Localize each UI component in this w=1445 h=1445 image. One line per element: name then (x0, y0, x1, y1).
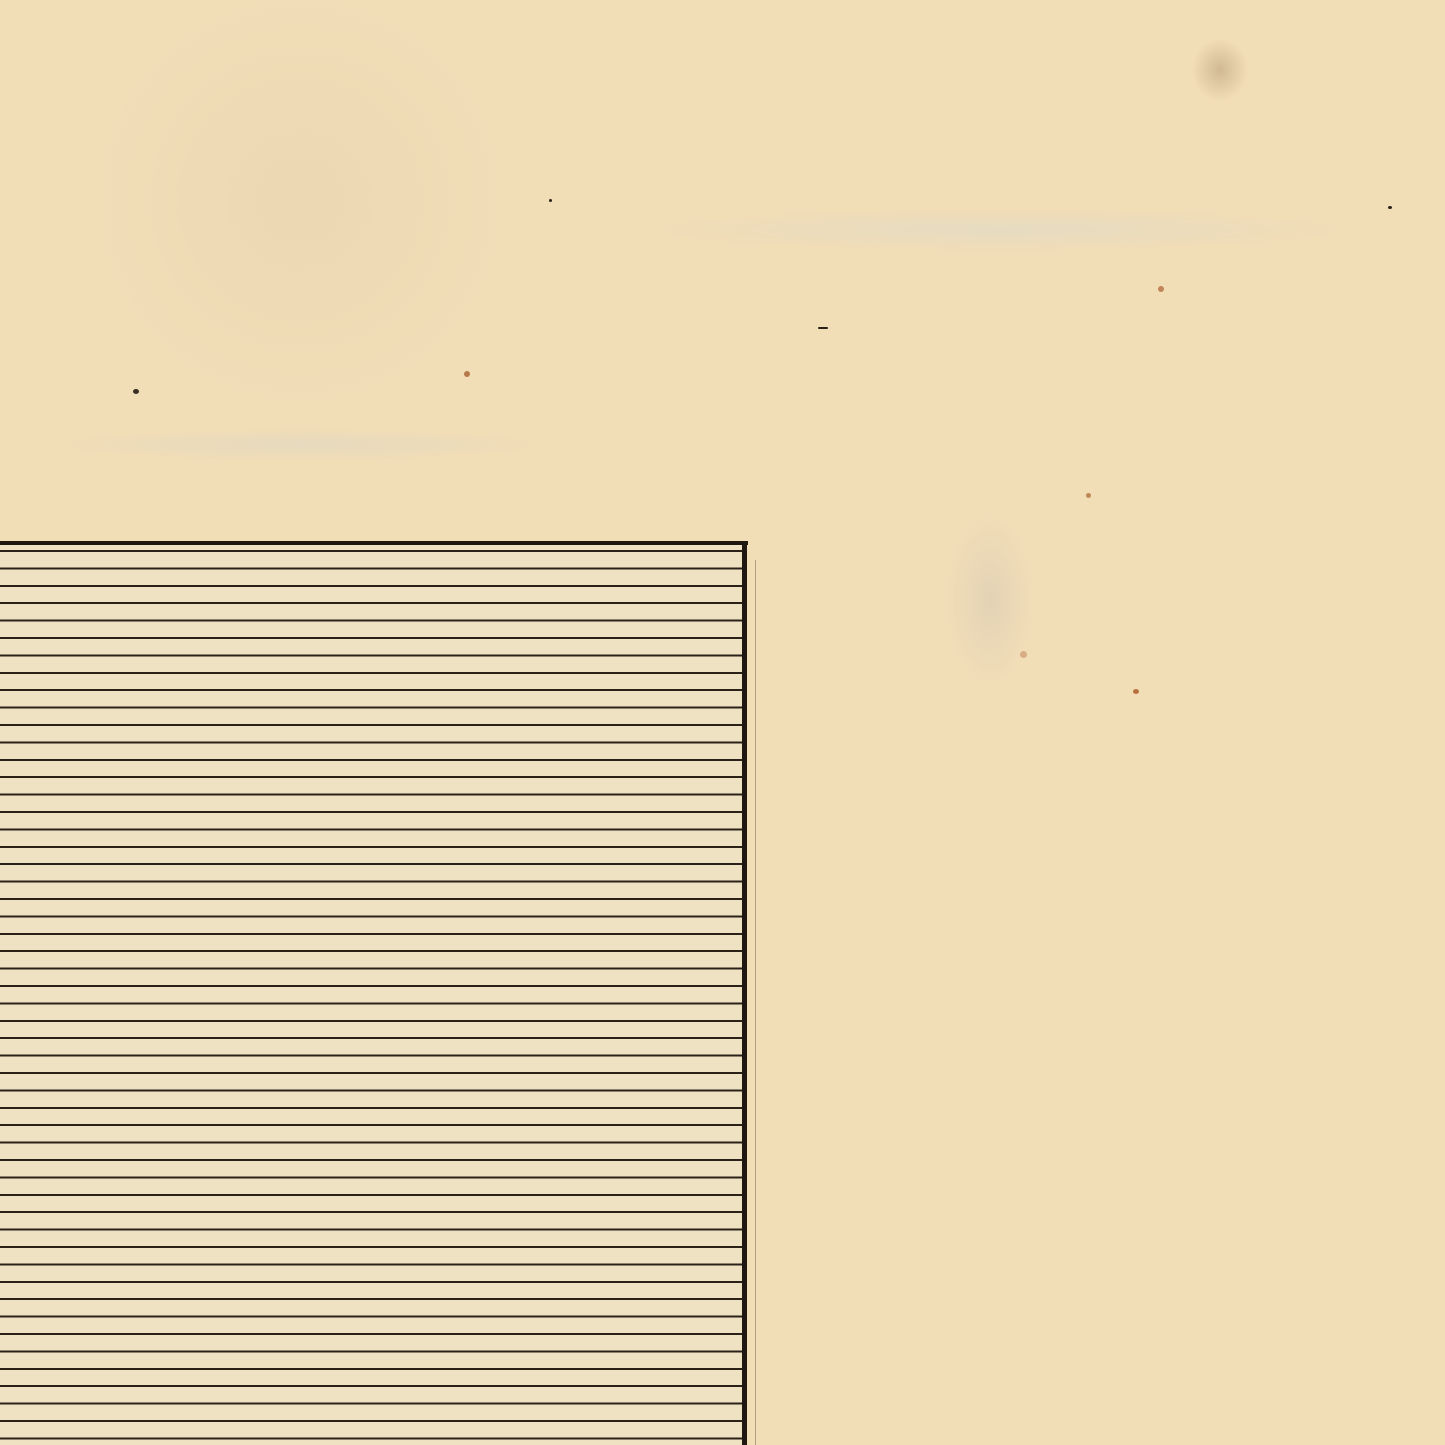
foxing-spot (1158, 286, 1164, 292)
ink-speck (818, 327, 828, 329)
foxing-spot (1086, 493, 1091, 498)
foxing-spot (464, 371, 470, 377)
engraving-frame-top (0, 541, 748, 545)
hatched-engraving-area (0, 543, 746, 1445)
ink-speck (549, 199, 552, 202)
ink-speck (1388, 206, 1392, 209)
foxing-spot (1133, 689, 1139, 694)
foxing-spot (1020, 651, 1027, 658)
engraving-frame-right (742, 543, 747, 1445)
plate-mark-line (755, 560, 756, 1445)
ink-speck (133, 389, 139, 394)
